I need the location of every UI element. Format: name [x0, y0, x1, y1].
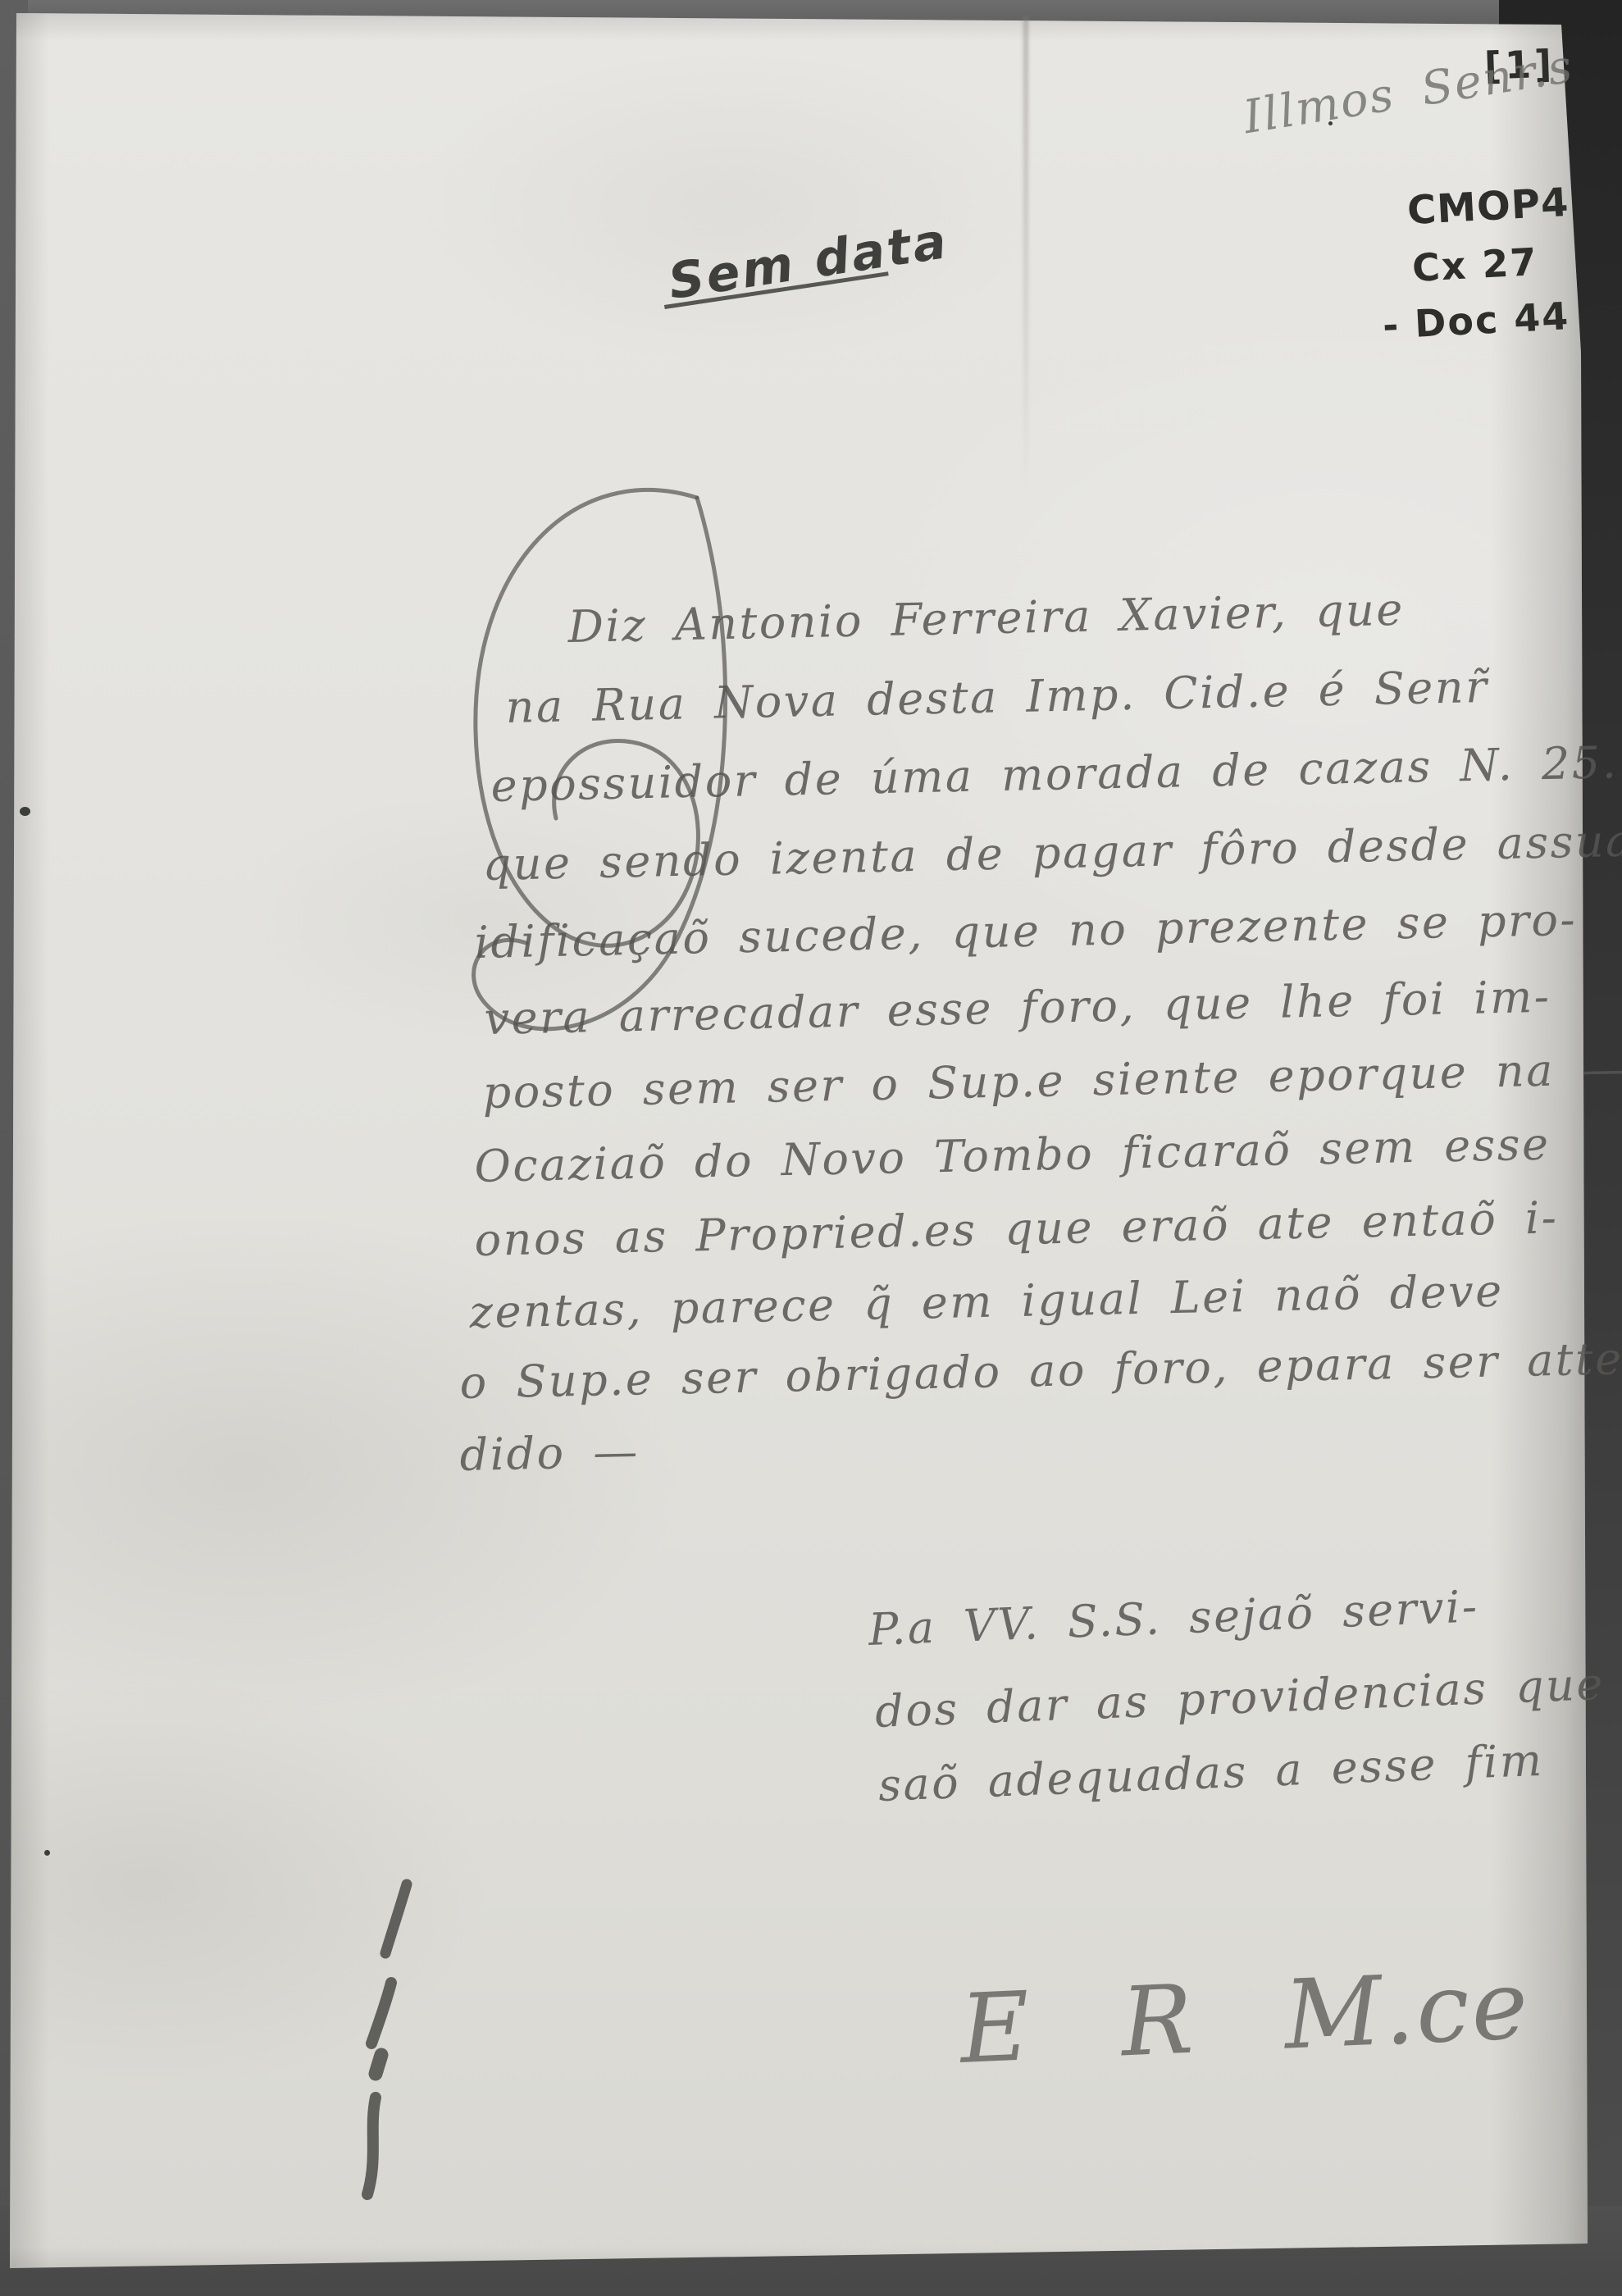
paper-crease: [1023, 16, 1028, 492]
document-scan: [1] Illmos Senr.s CMOP4 Cx 27 - Doc 44 S…: [0, 0, 1622, 2296]
ink-speck: [44, 1850, 50, 1856]
body-line: dido —: [459, 1425, 640, 1481]
ink-squiggle: [344, 1870, 443, 2214]
archive-stamp-line: CMOP4: [1406, 180, 1570, 234]
archive-stamp-line: Cx 27: [1411, 239, 1539, 290]
ink-speck: [20, 807, 30, 816]
